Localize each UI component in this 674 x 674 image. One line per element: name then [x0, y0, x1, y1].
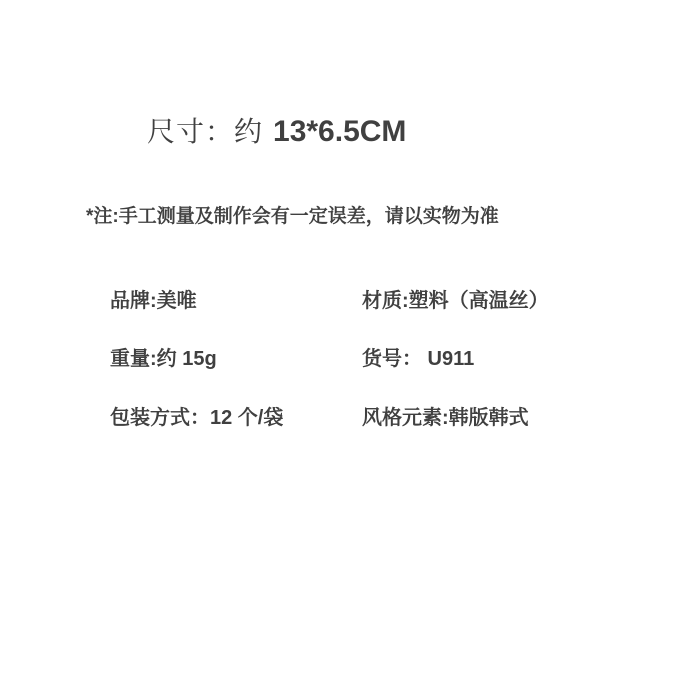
spec-row-weight-itemno: 重量:约 15g 货号： U911 — [110, 347, 474, 371]
spec-weight: 重量:约 15g — [110, 347, 362, 371]
spec-row-brand-material: 品牌:美唯 材质:塑料（高温丝） — [110, 289, 549, 313]
spec-packaging: 包装方式：12 个/袋 — [110, 406, 362, 430]
spec-brand: 品牌:美唯 — [110, 289, 362, 313]
spec-style: 风格元素:韩版韩式 — [362, 406, 529, 430]
size-value: 13*6.5CM — [273, 115, 406, 148]
size-title: 尺寸：约13*6.5CM — [147, 114, 406, 150]
spec-item-number: 货号： U911 — [362, 347, 474, 371]
measurement-disclaimer-note: *注:手工测量及制作会有一定误差，请以实物为准 — [86, 206, 499, 229]
size-label: 尺寸：约 — [147, 117, 263, 148]
spec-row-packaging-style: 包装方式：12 个/袋 风格元素:韩版韩式 — [110, 406, 529, 430]
product-spec-sheet: 尺寸：约13*6.5CM *注:手工测量及制作会有一定误差，请以实物为准 品牌:… — [0, 0, 674, 674]
spec-material: 材质:塑料（高温丝） — [362, 289, 549, 313]
